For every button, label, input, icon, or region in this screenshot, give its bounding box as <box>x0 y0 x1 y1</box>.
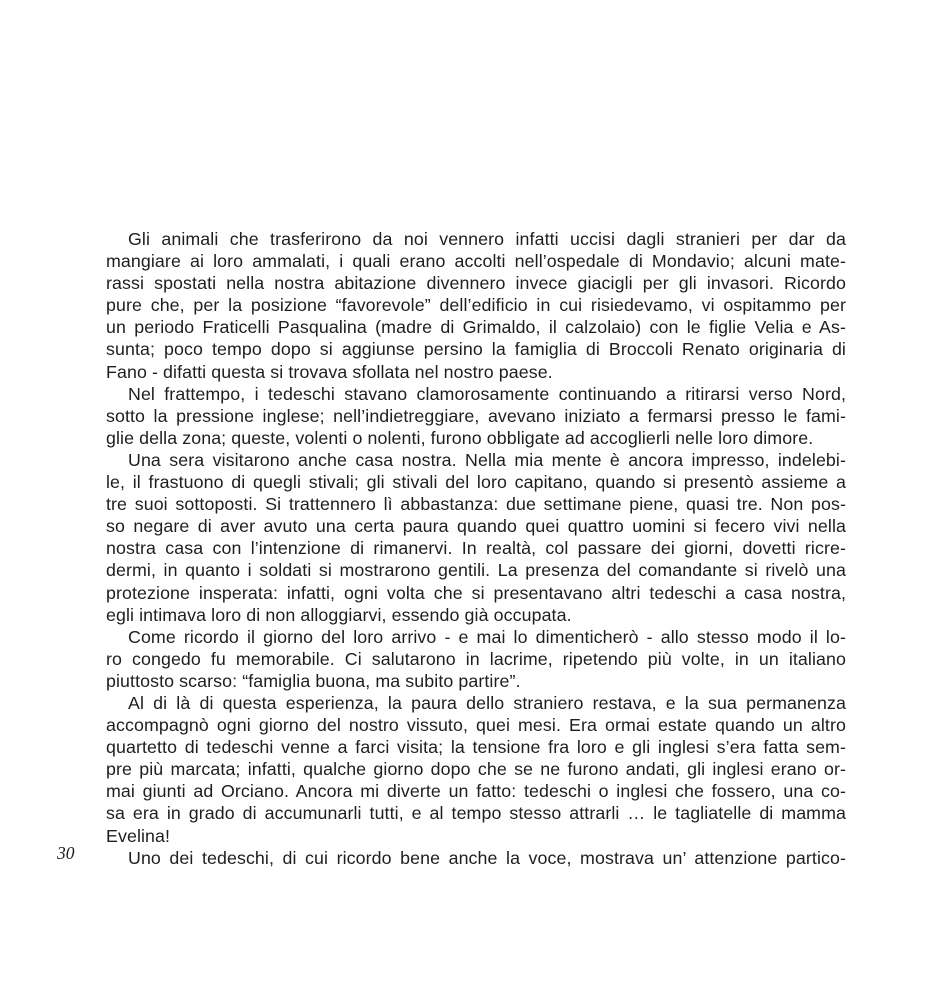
text-line: protezione insperata: infatti, ogni volt… <box>106 582 846 604</box>
text-line: dermi, in quanto i soldati si mostrarono… <box>106 559 846 581</box>
text-line: glie della zona; queste, volenti o nolen… <box>106 427 846 449</box>
text-line: rassi spostati nella nostra abitazione d… <box>106 272 846 294</box>
text-line: Gli animali che trasferirono da noi venn… <box>106 228 846 250</box>
text-line: Nel frattempo, i tedeschi stavano clamor… <box>106 383 846 405</box>
text-line: sa era in grado di accumunarli tutti, e … <box>106 802 846 824</box>
paragraph: Come ricordo il giorno del loro arrivo -… <box>106 626 846 692</box>
body-text-block: Gli animali che trasferirono da noi venn… <box>106 228 846 869</box>
text-line: Evelina! <box>106 825 846 847</box>
text-line: piuttosto scarso: “famiglia buona, ma su… <box>106 670 846 692</box>
text-line: mai giunti ad Orciano. Ancora mi diverte… <box>106 780 846 802</box>
paragraph: Al di là di questa esperienza, la paura … <box>106 692 846 847</box>
paragraph: Una sera visitarono anche casa nostra. N… <box>106 449 846 626</box>
text-line: le, il frastuono di quegli stivali; gli … <box>106 471 846 493</box>
text-line: Al di là di questa esperienza, la paura … <box>106 692 846 714</box>
text-line: Come ricordo il giorno del loro arrivo -… <box>106 626 846 648</box>
text-line: mangiare ai loro ammalati, i quali erano… <box>106 250 846 272</box>
text-line: egli intimava loro di non alloggiarvi, e… <box>106 604 846 626</box>
text-line: so negare di aver avuto una certa paura … <box>106 515 846 537</box>
text-line: sunta; poco tempo dopo si aggiunse persi… <box>106 338 846 360</box>
text-line: Una sera visitarono anche casa nostra. N… <box>106 449 846 471</box>
text-line: nostra casa con l’intenzione di rimanerv… <box>106 537 846 559</box>
text-line: ro congedo fu memorabile. Ci salutarono … <box>106 648 846 670</box>
text-line: Fano - difatti questa si trovava sfollat… <box>106 361 846 383</box>
paragraph: Uno dei tedeschi, di cui ricordo bene an… <box>106 847 846 869</box>
paragraph: Gli animali che trasferirono da noi venn… <box>106 228 846 383</box>
page-number: 30 <box>57 843 75 864</box>
text-line: Uno dei tedeschi, di cui ricordo bene an… <box>106 847 846 869</box>
text-line: sotto la pressione inglese; nell’indietr… <box>106 405 846 427</box>
book-page: 30 Gli animali che trasferirono da noi v… <box>0 0 942 1000</box>
paragraph: Nel frattempo, i tedeschi stavano clamor… <box>106 383 846 449</box>
text-line: pre più marcata; infatti, qualche giorno… <box>106 758 846 780</box>
text-line: un periodo Fraticelli Pasqualina (madre … <box>106 316 846 338</box>
text-line: quartetto di tedeschi venne a farci visi… <box>106 736 846 758</box>
text-line: tre suoi sottoposti. Si trattennero lì a… <box>106 493 846 515</box>
text-line: pure che, per la posizione “favorevole” … <box>106 294 846 316</box>
text-line: accompagnò ogni giorno del nostro vissut… <box>106 714 846 736</box>
